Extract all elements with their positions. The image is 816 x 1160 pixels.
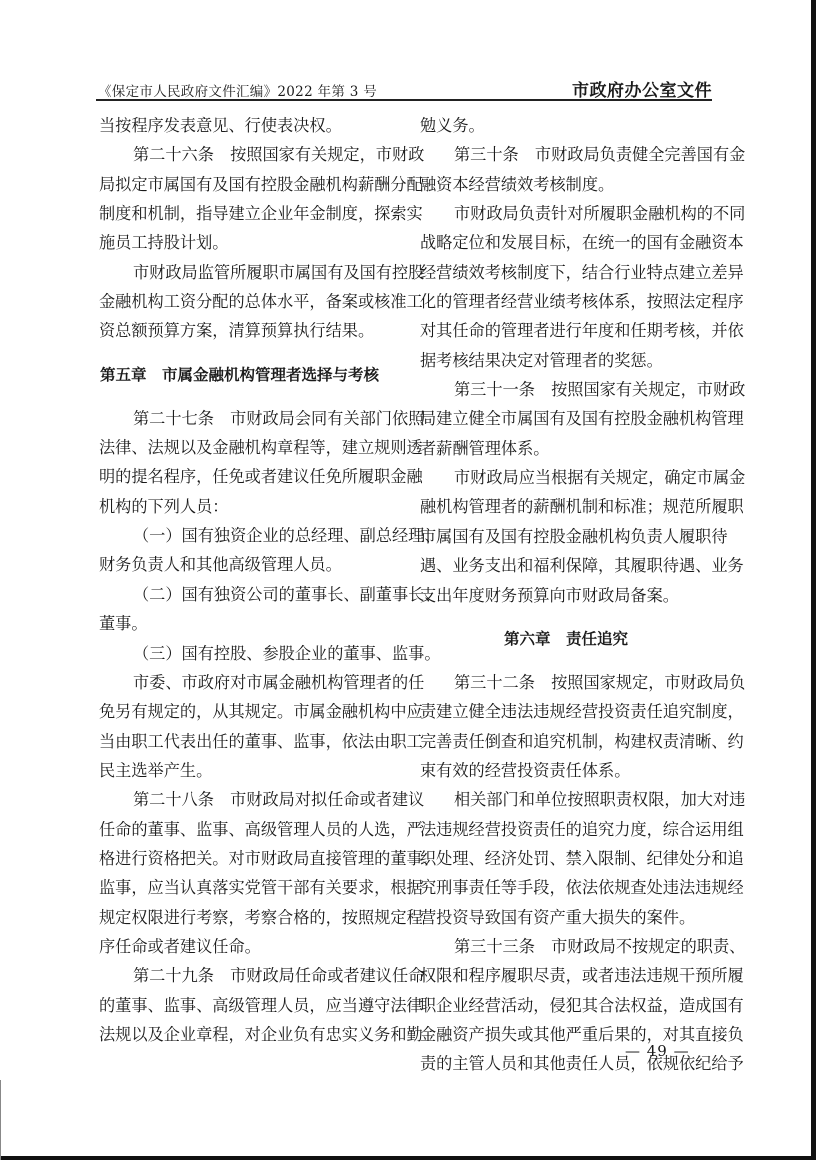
text-line: 融机构管理者的薪酬机制和标准；规范所履职 [420,492,712,521]
text-line: 经营绩效考核制度下，结合行业特点建立差异 [420,258,712,287]
text-line: 序任命或者建议任命。 [99,932,391,961]
text-line: 束有效的经营投资责任体系。 [420,756,712,785]
text-line: 董事。 [99,609,391,638]
chapter-5-heading: 第五章 市属金融机构管理者选择与考核 [99,353,391,397]
text-line: 金融机构工资分配的总体水平，备案或核准工 [99,287,391,316]
text-line: 局拟定市属国有及国有控股金融机构薪酬分配 [99,170,391,199]
article-31-start: 第三十一条 按照国家有关规定，市财政 [420,375,712,404]
text-line: 战略定位和发展目标，在统一的国有金融资本 [420,228,712,257]
scan-border-left [0,1080,1,1160]
text-line: 任命的董事、监事、高级管理人员的人选，严 [99,815,391,844]
text-line: 勉义务。 [420,111,712,140]
list-item-2: （二）国有独资公司的董事长、副董事长、 [99,580,391,609]
page-number: — 49 — [625,1042,690,1060]
text-line: 营投资导致国有资产重大损失的案件。 [420,903,712,932]
text-line: 支出年度财务预算向市财政局备案。 [420,581,712,610]
article-26-start: 第二十六条 按照国家有关规定，市财政 [99,140,391,169]
text-line: 融资本经营绩效考核制度。 [420,170,712,199]
list-item-3: （三）国有控股、参股企业的董事、监事。 [99,639,391,668]
text-line: 当由职工代表出任的董事、监事，依法由职工 [99,727,391,756]
text-line: 民主选举产生。 [99,756,391,785]
scan-border-right [811,0,816,1160]
text-line: 法律、法规以及金融机构章程等，建立规则透 [99,433,391,462]
page-header: 《保定市人民政府文件汇编》2022 年第 3 号 市政府办公室文件 [98,76,712,100]
text-line: 相关部门和单位按照职责权限，加大对违 [420,785,712,814]
text-line: 市委、市政府对市属金融机构管理者的任 [99,668,391,697]
section-label: 市政府办公室文件 [572,76,712,101]
scan-border-bottom [0,1156,816,1160]
text-line: 的董事、监事、高级管理人员，应当遵守法律 [99,991,391,1020]
left-column: 当按程序发表意见、行使表决权。 第二十六条 按照国家有关规定，市财政 局拟定市属… [99,111,391,1049]
text-line: 据考核结果决定对管理者的奖惩。 [420,346,712,375]
text-line: 究刑事责任等手段，依法依规查处违法违规经 [420,873,712,902]
text-line: 责建立健全违法违规经营投资责任追究制度， [420,697,712,726]
text-line: 财务负责人和其他高级管理人员。 [99,550,391,579]
text-line: 权限和程序履职尽责，或者违法违规干预所履 [420,961,712,990]
text-line: 规定权限进行考察，考察合格的，按照规定程 [99,903,391,932]
text-line: 对其任命的管理者进行年度和任期考核，并依 [420,316,712,345]
article-29-start: 第二十九条 市财政局任命或者建议任命 [99,961,391,990]
article-32-start: 第三十二条 按照国家规定，市财政局负 [420,668,712,697]
text-line: 格进行资格把关。对市财政局直接管理的董事、 [99,844,391,873]
text-line: 当按程序发表意见、行使表决权。 [99,111,391,140]
text-line: 市财政局应当根据有关规定，确定市属金 [420,463,712,492]
text-line: 局建立健全市属国有及国有控股金融机构管理 [420,404,712,433]
article-33-start: 第三十三条 市财政局不按规定的职责、 [420,932,712,961]
article-30-start: 第三十条 市财政局负责健全完善国有金 [420,140,712,169]
text-line: 织处理、经济处罚、禁入限制、纪律处分和追 [420,844,712,873]
text-line: 市财政局负责针对所履职金融机构的不同 [420,199,712,228]
text-line: 者薪酬管理体系。 [420,434,712,463]
text-line: 完善责任倒查和追究机制，构建权责清晰、约 [420,727,712,756]
text-line: 职企业经营活动，侵犯其合法权益，造成国有 [420,991,712,1020]
text-line: 法规以及企业章程，对企业负有忠实义务和勤 [99,1020,391,1049]
text-line: 化的管理者经营业绩考核体系，按照法定程序 [420,287,712,316]
header-rule [96,99,712,101]
text-line: 明的提名程序，任免或者建议任免所履职金融 [99,462,391,491]
text-line: 市财政局监管所履职市属国有及国有控股 [99,258,391,287]
text-line: 制度和机制，指导建立企业年金制度，探索实 [99,199,391,228]
text-line: 市属国有及国有控股金融机构负责人履职待 [420,522,712,551]
text-line: 监事，应当认真落实党管干部有关要求，根据 [99,873,391,902]
text-line: 免另有规定的，从其规定。市属金融机构中应 [99,697,391,726]
text-line: 法违规经营投资责任的追究力度，综合运用组 [420,815,712,844]
text-line: 机构的下列人员： [99,492,391,521]
text-line: 遇、业务支出和福利保障，其履职待遇、业务 [420,551,712,580]
publication-title: 《保定市人民政府文件汇编》2022 年第 3 号 [98,80,377,100]
text-line: 资总额预算方案，清算预算执行结果。 [99,316,391,345]
article-27-start: 第二十七条 市财政局会同有关部门依照 [99,404,391,433]
chapter-6-heading: 第六章 责任追究 [420,617,712,661]
text-line: 施员工持股计划。 [99,228,391,257]
article-28-start: 第二十八条 市财政局对拟任命或者建议 [99,785,391,814]
right-column: 勉义务。 第三十条 市财政局负责健全完善国有金 融资本经营绩效考核制度。 市财政… [420,111,712,1079]
list-item-1: （一）国有独资企业的总经理、副总经理、 [99,521,391,550]
